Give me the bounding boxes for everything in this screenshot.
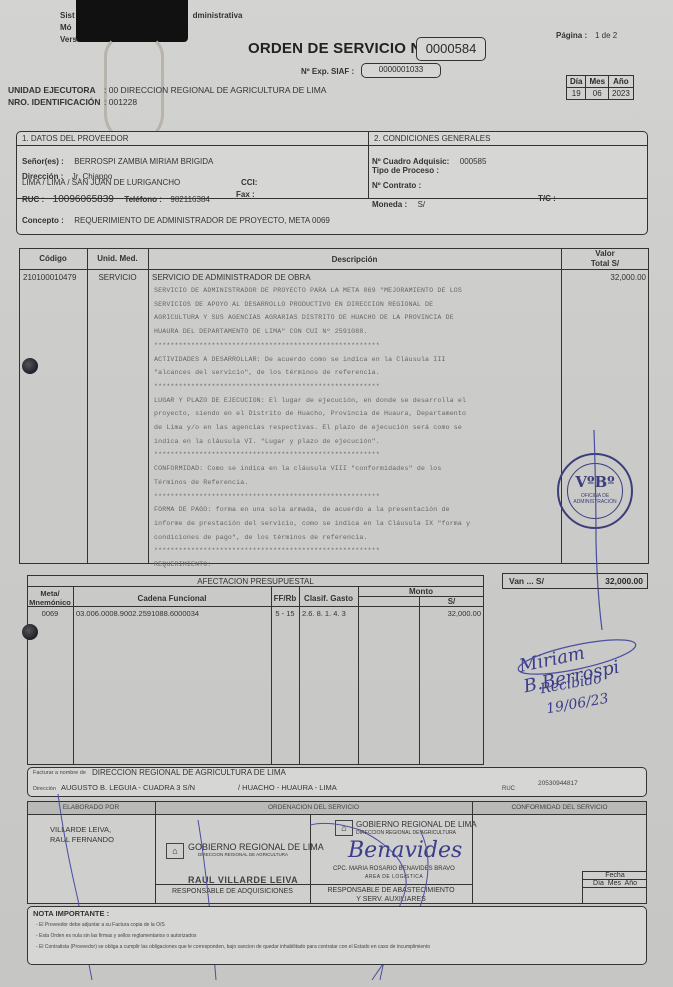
year-header: Año — [609, 76, 634, 88]
divider — [419, 596, 420, 765]
col-ff: FF/Rb — [271, 594, 299, 603]
note-item-3: - El Contratista (Proveedor) se obliga a… — [36, 944, 430, 950]
description-line: de Lima y/o en las agencias respectivas.… — [154, 421, 470, 435]
month-value: 06 — [586, 88, 609, 100]
description-line: "alcances del servicio", de los términos… — [154, 366, 470, 380]
description-line: informe de prestación del servicio, como… — [154, 517, 470, 531]
cuadro-value: 000585 — [460, 157, 487, 166]
col-meta: Meta/ Mnemónico — [27, 589, 73, 607]
year-value: 2023 — [609, 88, 634, 100]
tc-label: T/C : — [538, 194, 556, 203]
van-total-box: Van ... S/ 32,000.00 — [502, 573, 648, 589]
budget-title: AFECTACION PRESUPUESTAL — [27, 577, 484, 586]
ruc-label: RUC : — [22, 195, 44, 204]
divider — [148, 248, 149, 564]
exp-siaf-value: 0000001033 — [361, 63, 441, 78]
nro-identificacion-value: : 001228 — [104, 97, 137, 107]
facturar-value: DIRECCION REGIONAL DE AGRICULTURA DE LIM… — [92, 768, 286, 777]
page-label: Página : — [556, 31, 587, 40]
item-codigo: 210100010479 — [23, 273, 76, 282]
conditions-section-title: 2. CONDICIONES GENERALES — [374, 134, 490, 143]
divider — [358, 586, 359, 765]
cuadro-label: Nº Cuadro Adquisic: — [372, 157, 449, 166]
page-number: 1 de 2 — [595, 31, 617, 40]
tipo-proceso-label: Tipo de Proceso : — [372, 166, 439, 175]
col-unidad: Unid. Med. — [87, 254, 148, 263]
page-title: ORDEN DE SERVICIO Nº — [248, 40, 427, 57]
description-line: LUGAR Y PLAZO DE EJECUCION: El lugar de … — [154, 394, 470, 408]
divider — [17, 145, 647, 146]
day-header: Día — [567, 76, 586, 88]
description-line: ****************************************… — [154, 490, 470, 504]
telefono-value: 982116384 — [170, 195, 209, 204]
description-line: AGRICULTURA Y SUS AGENCIAS AGRARIAS DIST… — [154, 311, 470, 325]
budget-meta: 0069 — [27, 609, 73, 618]
contrato-label: Nº Contrato : — [372, 181, 421, 190]
month-header: Mes — [586, 76, 609, 88]
budget-clasif: 2.6. 8. 1. 4. 3 — [302, 609, 346, 618]
moneda-label: Moneda : — [372, 200, 407, 209]
col-moneda: S/ — [419, 597, 484, 606]
ink-line — [570, 430, 620, 630]
budget-monto: 32,000.00 — [419, 609, 481, 618]
divider — [561, 248, 562, 564]
col-descripcion: Descripción — [148, 255, 561, 264]
description-line: Términos de Referencia. — [154, 476, 470, 490]
facturar-label: Facturar a nombre de — [33, 770, 86, 776]
description-line: CONFORMIDAD: Como se indica en la cláusu… — [154, 462, 470, 476]
divider — [27, 606, 484, 607]
item-unidad: SERVICIO — [87, 273, 148, 282]
provider-ruc-row: RUC : 10096065839 Teléfono : 982116384 — [22, 189, 210, 207]
description-line: proyecto, siendo en el Distrito de Huach… — [154, 407, 470, 421]
order-date: Día Mes Año 19 06 2023 — [566, 75, 634, 100]
item-valor-total: 32,000.00 — [561, 273, 646, 282]
moneda-value: S/ — [418, 200, 426, 209]
col-valor: Valor — [561, 249, 649, 258]
description-line: ****************************************… — [154, 339, 470, 353]
telefono-label: Teléfono : — [124, 195, 162, 204]
divider — [368, 132, 369, 198]
day-value: 19 — [567, 88, 586, 100]
senor-value: BERROSPI ZAMBIA MIRIAM BRIGIDA — [74, 157, 213, 166]
budget-table — [27, 575, 484, 765]
cci-label: CCI: — [241, 178, 257, 187]
moneda-row: Moneda : S/ — [372, 194, 425, 212]
col-total: Total S/ — [561, 259, 649, 268]
col-monto: Monto — [358, 587, 484, 596]
order-number: 0000584 — [416, 37, 486, 61]
budget-ff: 5 - 15 — [271, 609, 299, 618]
note-item-2: - Esta Orden es nula sin las firmas y se… — [36, 933, 196, 939]
col-clasif: Clasif. Gasto — [299, 594, 358, 603]
concepto-value: REQUERIMIENTO DE ADMINISTRADOR DE PROYEC… — [74, 216, 330, 225]
description-line: SERVICIOS DE APOYO AL DESARROLLO PRODUCT… — [154, 298, 470, 312]
provider-location: LIMA / LIMA / SAN JUAN DE LURIGANCHO — [22, 178, 180, 187]
notes-title: NOTA IMPORTANTE : — [33, 909, 109, 918]
description-line: ****************************************… — [154, 448, 470, 462]
description-line: FORMA DE PAGO: forma en una sola armada,… — [154, 503, 470, 517]
budget-cadena: 03.006.0008.9002.2591088.6000034 — [76, 609, 199, 618]
description-line: SERVICIO DE ADMINISTRADOR DE PROYECTO PA… — [154, 284, 470, 298]
concepto-label: Concepto : — [22, 216, 64, 225]
exp-siaf-label: Nº Exp. SIAF : — [301, 67, 354, 76]
unidad-ejecutora-label: UNIDAD EJECUTORA — [8, 85, 96, 95]
unidad-ejecutora-value: : 00 DIRECCION REGIONAL DE AGRICULTURA D… — [104, 85, 326, 95]
description-line: REQUERIMIENTO: — [154, 558, 470, 572]
purchase-order-document: Sistdministrativa Mó Versión 2 5.03.01 O… — [0, 0, 673, 987]
concepto-row: Concepto : REQUERIMIENTO DE ADMINISTRADO… — [22, 210, 330, 228]
description-line: ****************************************… — [154, 380, 470, 394]
col-cadena: Cadena Funcional — [73, 594, 271, 603]
fax-label: Fax : — [236, 190, 255, 199]
provider-section-title: 1. DATOS DEL PROVEEDOR — [22, 134, 129, 143]
description-line: indica en la cláusula VI. "Lugar y plazo… — [154, 435, 470, 449]
divider — [87, 248, 88, 564]
description-line: ****************************************… — [154, 544, 470, 558]
nro-identificacion-label: NRO. IDENTIFICACIÓN — [8, 97, 101, 107]
description-line: ACTIVIDADES A DESARROLLAR: De acuerdo co… — [154, 353, 470, 367]
description-line: HUAURA DEL DEPARTAMENTO DE LIMA" CON CUI… — [154, 325, 470, 339]
module-name: Mó — [60, 22, 72, 33]
senor-label: Señor(es) : — [22, 157, 64, 166]
item-description-body: SERVICIO DE ADMINISTRADOR DE PROYECTO PA… — [154, 284, 470, 572]
van-value: 32,000.00 — [605, 576, 643, 586]
divider — [19, 269, 649, 270]
punch-hole — [22, 358, 38, 374]
divider — [73, 586, 74, 765]
item-descripcion-title: SERVICIO DE ADMINISTRADOR DE OBRA — [152, 273, 311, 282]
punch-hole — [22, 624, 38, 640]
divider — [299, 586, 300, 765]
ruc-value: 10096065839 — [53, 194, 114, 205]
description-line: condiciones de pago", de los términos de… — [154, 531, 470, 545]
col-codigo: Código — [19, 254, 87, 263]
note-item-1: - El Proveedor debe adjuntar a su Factur… — [36, 922, 165, 928]
van-label: Van ... S/ — [509, 576, 544, 586]
